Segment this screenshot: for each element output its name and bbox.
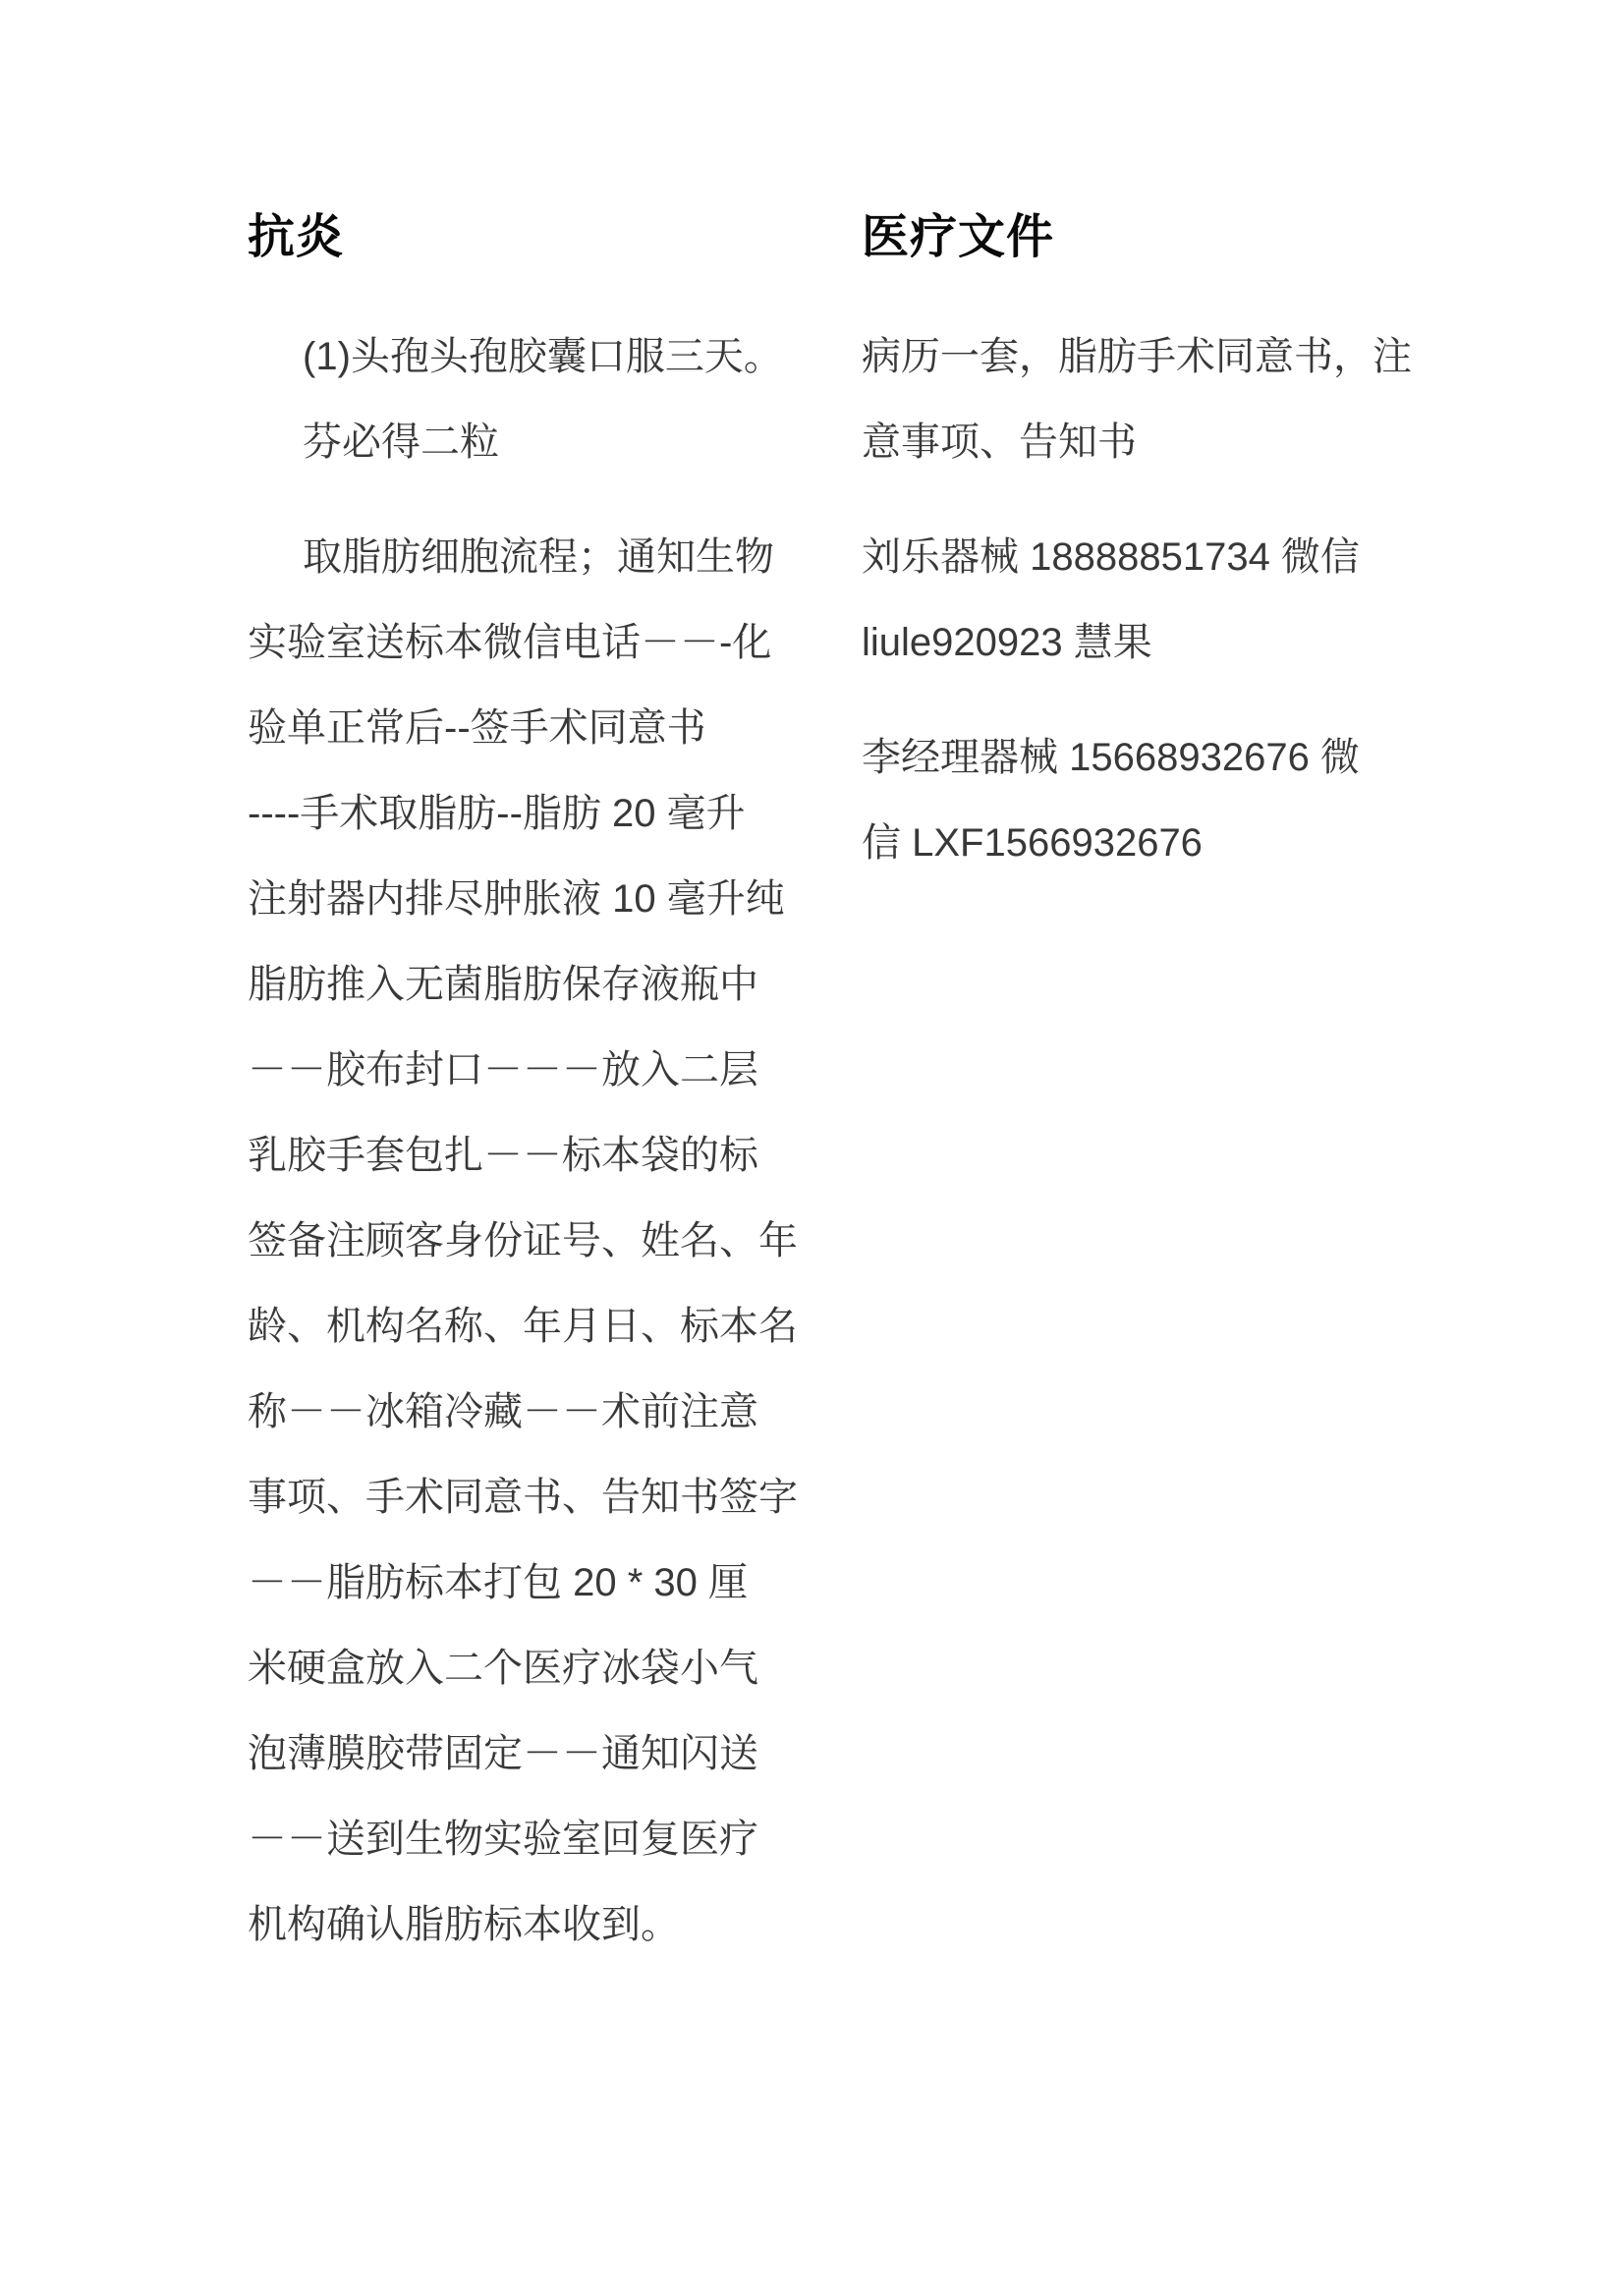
text-line: 脂肪推入无菌脂肪保存液瓶中: [248, 942, 827, 1028]
text-line: (1)头孢头孢胶囊口服三天。: [303, 314, 827, 400]
text-line: 意事项、告知书: [862, 400, 1441, 485]
paragraph-fat-cell-procedure: 取脂肪细胞流程；通知生物 实验室送标本微信电话－－-化 验单正常后--签手术同意…: [248, 515, 827, 1968]
text-line: ----手术取脂肪--脂肪 20 毫升: [248, 771, 827, 857]
text-line: 信 LXF1566932676: [862, 801, 1441, 886]
text-line: 称－－冰箱冷藏－－术前注意: [248, 1370, 827, 1455]
text-line: 刘乐器械 18888851734 微信: [862, 515, 1441, 600]
text-line: 验单正常后--签手术同意书: [248, 686, 827, 771]
section-heading-medical-documents: 医疗文件: [862, 206, 1441, 269]
text-line: 病历一套，脂肪手术同意书，注: [862, 314, 1441, 400]
text-line: 取脂肪细胞流程；通知生物: [248, 515, 827, 600]
text-line: 泡薄膜胶带固定－－通知闪送: [248, 1711, 827, 1797]
text-line: －－脂肪标本打包 20 * 30 厘: [248, 1540, 827, 1626]
section-heading-anti-inflammatory: 抗炎: [248, 206, 827, 269]
text-line: 实验室送标本微信电话－－-化: [248, 600, 827, 686]
text-line: －－胶布封口－－－放入二层: [248, 1028, 827, 1113]
paragraph-contact-manager-li: 李经理器械 15668932676 微 信 LXF1566932676: [862, 715, 1441, 886]
text-line: 龄、机构名称、年月日、标本名: [248, 1284, 827, 1370]
text-line: 乳胶手套包扎－－标本袋的标: [248, 1113, 827, 1199]
column-anti-inflammatory: 抗炎 (1)头孢头孢胶囊口服三天。 芬必得二粒 取脂肪细胞流程；通知生物 实验室…: [248, 206, 827, 1968]
paragraph-contact-liule: 刘乐器械 18888851734 微信 liule920923 慧果: [862, 515, 1441, 686]
text-line: 注射器内排尽肿胀液 10 毫升纯: [248, 857, 827, 942]
paragraph-document-list: 病历一套，脂肪手术同意书，注 意事项、告知书: [862, 314, 1441, 485]
text-line: －－送到生物实验室回复医疗: [248, 1797, 827, 1882]
text-line: 事项、手术同意书、告知书签字: [248, 1455, 827, 1540]
text-line: 芬必得二粒: [303, 400, 827, 485]
column-medical-documents: 医疗文件 病历一套，脂肪手术同意书，注 意事项、告知书 刘乐器械 1888885…: [862, 206, 1441, 886]
text-line: 李经理器械 15668932676 微: [862, 715, 1441, 801]
text-line: 米硬盒放入二个医疗冰袋小气: [248, 1626, 827, 1711]
text-line: 机构确认脂肪标本收到。: [248, 1882, 827, 1968]
document-page: 抗炎 (1)头孢头孢胶囊口服三天。 芬必得二粒 取脂肪细胞流程；通知生物 实验室…: [0, 0, 1624, 2296]
paragraph-medication: (1)头孢头孢胶囊口服三天。 芬必得二粒: [303, 314, 827, 485]
text-line: 签备注顾客身份证号、姓名、年: [248, 1199, 827, 1284]
text-line: liule920923 慧果: [862, 600, 1441, 686]
